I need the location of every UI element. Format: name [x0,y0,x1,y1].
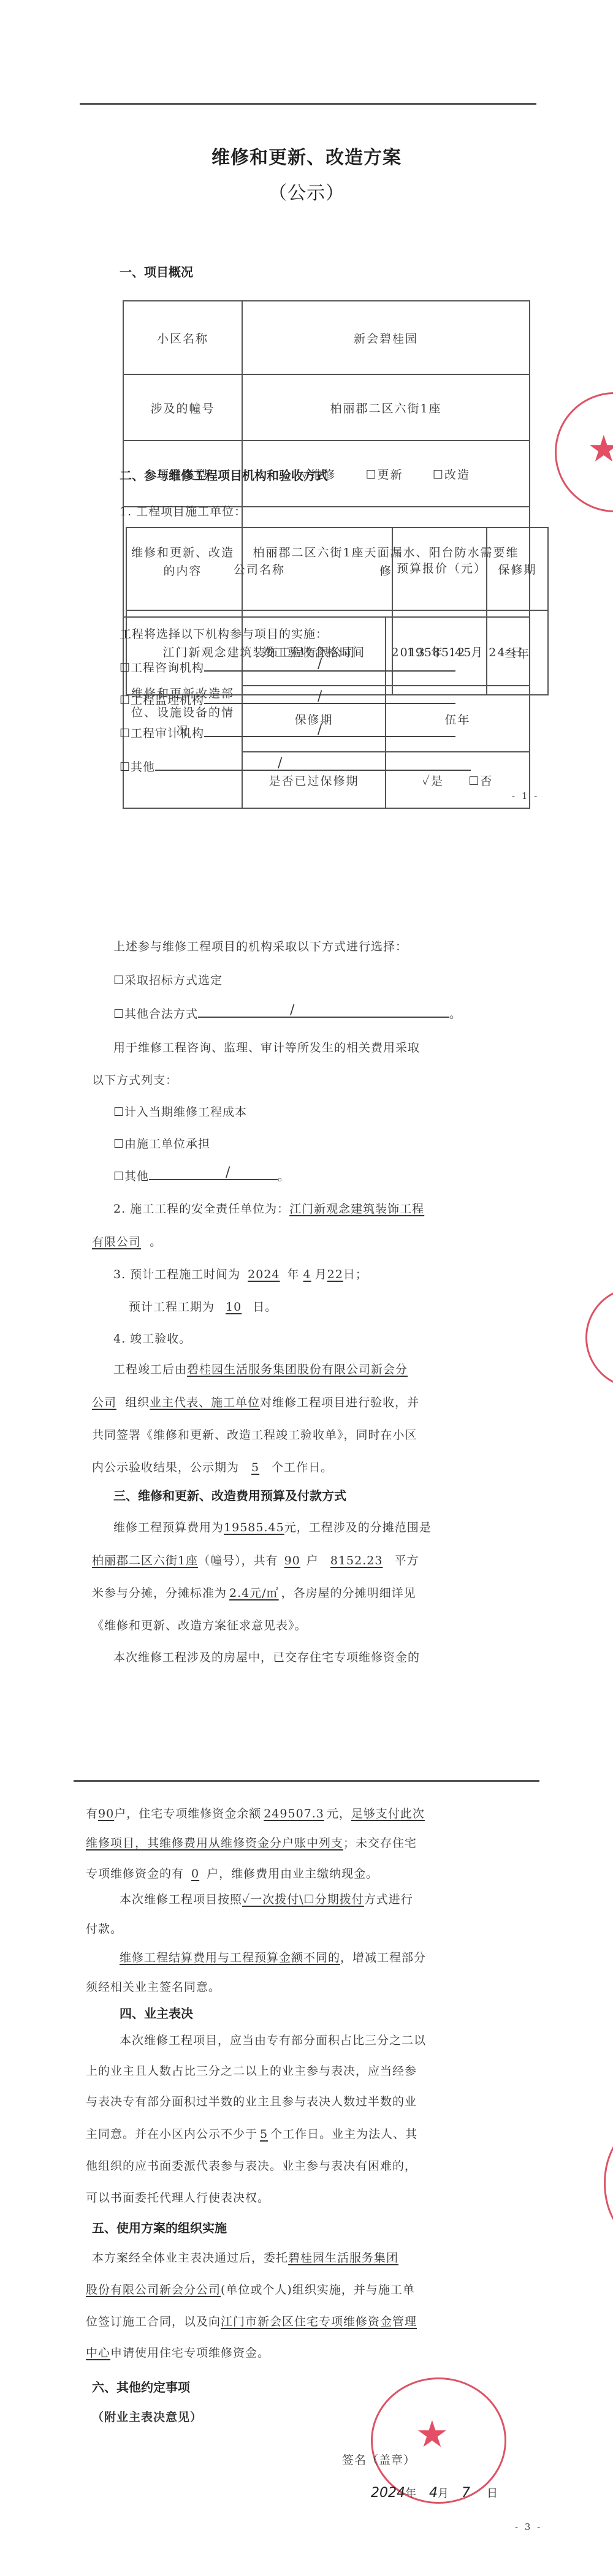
section3-heading: 三、维修和更新、改造费用预算及付款方式 [113,1486,346,1504]
community-label: 小区名称 [123,301,242,374]
vote-line4: 主同意。并在小区内公示不少于5个工作日。业主为法人、其 [86,2125,417,2142]
star-icon: ★ [416,2413,449,2456]
duration-line: 预计工程工期为10日。 [129,1298,277,1314]
start-date-line: 3. 预计工程施工时间为2024年4月22日； [113,1265,368,1282]
star-icon: ★ [587,428,613,471]
agency-supervision-field[interactable]: / [204,692,455,704]
company-seal-stamp-3 [604,2126,613,2240]
checkbox-icon: ☐ [366,468,378,482]
acceptance-para-line3: 共同签署《维修和更新、改造工程竣工验收单》，同时在小区 [92,1426,417,1442]
acceptance-para-line4: 内公示验收结果，公示期为5个工作日。 [92,1458,333,1475]
fund-line3: 专项维修资金的有0户，维修费用由业主缴纳现金。 [86,1865,378,1881]
budget-amount: 19585.45 [224,1521,284,1534]
expired-no-option[interactable]: ☐否 [468,775,493,788]
type-option-renovate[interactable]: ☐改造 [433,468,470,482]
budget-line3: 米参与分摊，分摊标准为2.4元/㎡，各房屋的分摊明细详见 [92,1584,416,1601]
start-year: 2024 [240,1268,287,1281]
publicity-days: 5 [239,1461,272,1474]
budget-line5: 本次维修工程涉及的房屋中，已交存住宅专项维修资金的 [113,1648,420,1665]
selection-option-bidding[interactable]: ☐采取招标方式选定 [113,971,223,988]
vote-line2: 上的业主且人数占比三分之二以上的业主参与表决，应当经参 [86,2062,417,2078]
fee-option-cost[interactable]: ☐计入当期维修工程成本 [113,1103,247,1119]
implement-line1: 本方案经全体业主表决通过后，委托碧桂园生活服务集团 [92,2249,398,2265]
building-value: 柏丽郡二区六街1座 [242,374,530,441]
fund-balance: 249507.3 [261,1807,327,1820]
contractor-item: 1. 工程项目施工单位： [120,502,246,519]
document-subtitle: （公示） [0,178,613,205]
signature-month: 4 [429,2485,438,2501]
agencies-intro: 工程将选择以下机构参与项目的实施： [120,625,328,642]
acceptance-para-line1: 工程竣工后由碧桂园生活服务集团股份有限公司新会分 [113,1360,408,1377]
company-name-header: 公司名称 [126,528,392,610]
acceptance-parties: 业主代表、施工单位 [150,1396,260,1409]
attachment-note: （附业主表决意见） [92,2408,202,2425]
fee-intro-line2: 以下方式列支： [92,1071,178,1088]
implement-line4: 中心申请使用住宅专项维修资金。 [86,2344,270,2360]
fund-center: 江门市新会区住宅专项维修资金管理 [221,2315,417,2328]
paid-households: 90 [98,1807,114,1820]
warranty-header: 保修期 [487,528,548,610]
payment-method-line: 本次维修工程项目按照✓一次拨付\☐分期拨付方式进行 [120,1890,413,1907]
acceptance-para-line2: 公司 组织业主代表、施工单位对维修工程项目进行验收，并 [92,1393,419,1410]
apportion-rate: 2.4元/㎡ [227,1586,281,1600]
implement-line2: 股份有限公司新会分公司(单位或个人)组织实施，并与施工单 [86,2281,415,2297]
budget-line2: 柏丽郡二区六街1座（幢号），共有90户 8152.23 平方 [92,1551,419,1568]
type-option-update[interactable]: ☐更新 [366,468,403,482]
section6-heading: 六、其他约定事项 [92,2377,190,2395]
safety-unit-line1: 2. 施工工程的安全责任单位为：江门新观念建筑装饰工程 [113,1200,424,1216]
payment-line2: 付款。 [86,1920,123,1936]
implementing-org: 碧桂园生活服务集团 [288,2251,398,2265]
company-seal-stamp-2 [585,1287,613,1388]
community-value: 新会碧桂园 [242,301,530,374]
expired-yes-option[interactable]: ✓是 [422,775,444,788]
budget-line4: 《维修和更新、改造方案征求意见表》。 [92,1616,307,1633]
section1-heading: 一、项目概况 [120,262,193,280]
page-top-rule [80,103,536,105]
company-name-cell: 江门新观念建筑装饰工程有限公司 [126,610,392,695]
vote-publicity-days: 5 [257,2127,270,2141]
unpaid-households: 0 [184,1867,207,1881]
page3-top-rule [74,1780,539,1782]
agency-audit-field[interactable]: / [204,725,455,737]
payment-method-options[interactable]: ✓一次拨付\☐分期拨付 [242,1893,364,1906]
budget-header: 预算报价（元） [392,528,487,610]
household-count: 90 [278,1554,306,1567]
fee-option-other[interactable]: ☐其他/。 [113,1167,290,1184]
signature-label: 签名（盖章） [342,2451,416,2468]
document-title: 维修和更新、改造方案 [0,142,613,169]
signature-date: 2024年 4月 7 日 [371,2485,498,2501]
start-day: 22 [327,1268,343,1281]
duration-value: 10 [215,1300,253,1314]
fee-other-field[interactable]: / [149,1168,278,1180]
vote-line3: 与表决专有部分面积过半数的业主且参与表决人数过半数的业 [86,2093,417,2109]
checkbox-icon: ☐ [433,468,444,482]
start-month: 4 [300,1268,315,1281]
warranty-cell: 叁年 [487,610,548,695]
apportion-scope: 柏丽郡二区六街1座 [92,1554,198,1567]
selection-option-other[interactable]: ☐其他合法方式/。 [113,1005,462,1021]
total-area: 8152.23 [323,1554,390,1567]
agency-supervision[interactable]: ☐工程监理机构/ [120,691,455,708]
safety-unit-line2: 有限公司 。 [92,1233,162,1249]
completion-acceptance-item: 4. 竣工验收。 [113,1330,191,1346]
agency-consulting-field[interactable]: / [204,659,455,672]
vote-line6: 可以书面委托代理人行使表决权。 [86,2189,270,2205]
building-label: 涉及的幢号 [123,374,242,441]
signature-year: 2024 [371,2485,405,2501]
section5-heading: 五、使用方案的组织实施 [92,2218,227,2236]
section2-heading: 二、参与维修工程项目机构和验收方式 [120,466,328,483]
selection-intro: 上述参与维修工程项目的机构采取以下方式进行选择： [113,938,408,954]
page-number-1: - 1 - [512,790,539,801]
fee-option-contractor[interactable]: ☐由施工单位承担 [113,1135,210,1151]
settlement-line1: 维修工程结算费用与工程预算金额不同的，增减工程部分 [120,1949,426,1965]
settlement-line2: 须经相关业主签名同意。 [86,1978,221,1995]
fund-line2: 维修项目，其维修费用从维修资金分户账中列支；未交存住宅 [86,1834,417,1851]
budget-cell: 19585.45 [392,610,487,695]
page-number-3: - 3 - [515,2521,542,2532]
table-row: 江门新观念建筑装饰工程有限公司 19585.45 叁年 [126,610,548,695]
agency-other[interactable]: ☐其他/ [120,758,471,775]
agency-other-field[interactable]: / [155,759,471,771]
vote-line5: 他组织的应书面委派代表参与表决。业主参与表决有困难的， [86,2157,417,2173]
vote-line1: 本次维修工程项目，应当由专有部分面积占比三分之二以 [120,2031,426,2048]
agency-audit[interactable]: ☐工程审计机构/ [120,724,455,741]
signature-day: 7 [462,2485,470,2501]
acceptance-org: 碧桂园生活服务集团股份有限公司新会分 [187,1363,408,1376]
agency-consulting[interactable]: ☐工程咨询机构/ [120,659,455,675]
safety-unit-value: 江门新观念建筑装饰工程 [289,1202,424,1216]
company-seal-stamp: ★ [555,392,613,512]
budget-line1: 维修工程预算费用为19585.45元，工程涉及的分摊范围是 [113,1518,432,1535]
fund-line1: 有90户，住宅专项维修资金余额249507.3元，足够支付此次 [86,1805,425,1821]
implement-line3: 位签订施工合同，以及向江门市新会区住宅专项维修资金管理 [86,2313,417,2329]
selection-other-field[interactable]: / [198,1006,449,1018]
section4-heading: 四、业主表决 [120,2004,193,2021]
fee-intro-line1: 用于维修工程咨询、监理、审计等所发生的相关费用采取 [113,1039,420,1055]
